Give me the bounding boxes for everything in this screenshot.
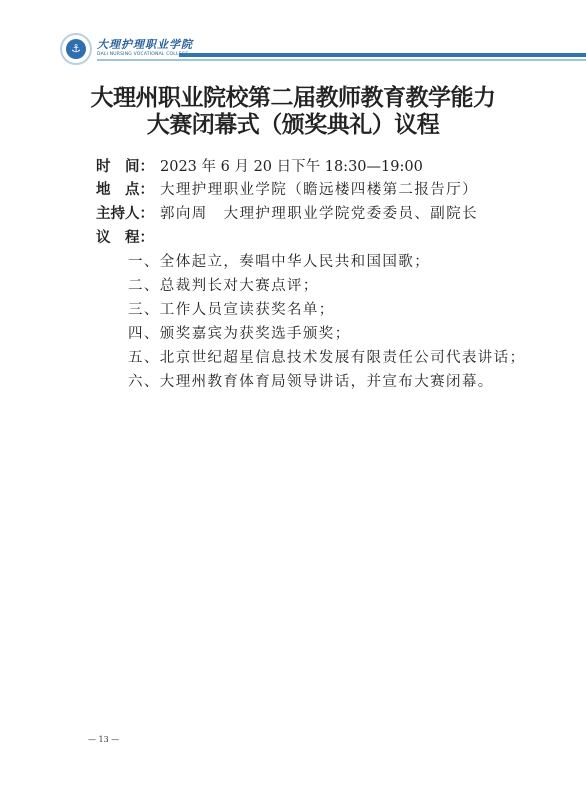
info-time: 时 间：2023 年 6 月 20 日下午 18:30—19:00 [96, 157, 423, 177]
agenda-item: 三、工作人员宣读获奖名单； [128, 300, 335, 320]
agenda-item: 五、北京世纪超星信息技术发展有限责任公司代表讲话； [128, 348, 526, 368]
info-place-label: 地 点： [96, 180, 160, 200]
document-title-line2: 大赛闭幕式（颁奖典礼）议程 [0, 106, 586, 139]
info-host-label: 主持人： [96, 204, 160, 224]
info-place: 地 点：大理护理职业学院（瞻远楼四楼第二报告厅） [96, 180, 478, 200]
school-emblem-icon: ⚓ [60, 33, 92, 65]
info-agenda-label: 议 程： [96, 228, 160, 248]
school-name-cn: 大理护理职业学院 [97, 36, 193, 52]
document-header: ⚓ 大理护理职业学院 DALI NURSING VOCATIONAL COLLE… [60, 33, 586, 67]
agenda-item: 一、全体起立，奏唱中华人民共和国国歌； [128, 252, 430, 272]
info-time-label: 时 间： [96, 157, 160, 177]
page-number: — 13 — [88, 735, 119, 744]
school-name-en: DALI NURSING VOCATIONAL COLLEGE [97, 52, 188, 57]
info-agenda: 议 程： [96, 228, 160, 248]
agenda-item: 六、大理州教育体育局领导讲话，并宣布大赛闭幕。 [128, 372, 494, 392]
info-host: 主持人：郭向周 大理护理职业学院党委委员、副院长 [96, 204, 478, 224]
agenda-item: 二、总裁判长对大赛点评； [128, 276, 319, 296]
info-place-value: 大理护理职业学院（瞻远楼四楼第二报告厅） [160, 182, 478, 198]
agenda-item: 四、颁奖嘉宾为获奖选手颁奖； [128, 324, 351, 344]
header-rule-light [97, 59, 586, 61]
info-host-value: 郭向周 大理护理职业学院党委委员、副院长 [160, 206, 478, 222]
header-rule-dark [179, 53, 586, 57]
info-time-value: 2023 年 6 月 20 日下午 18:30—19:00 [160, 159, 423, 175]
